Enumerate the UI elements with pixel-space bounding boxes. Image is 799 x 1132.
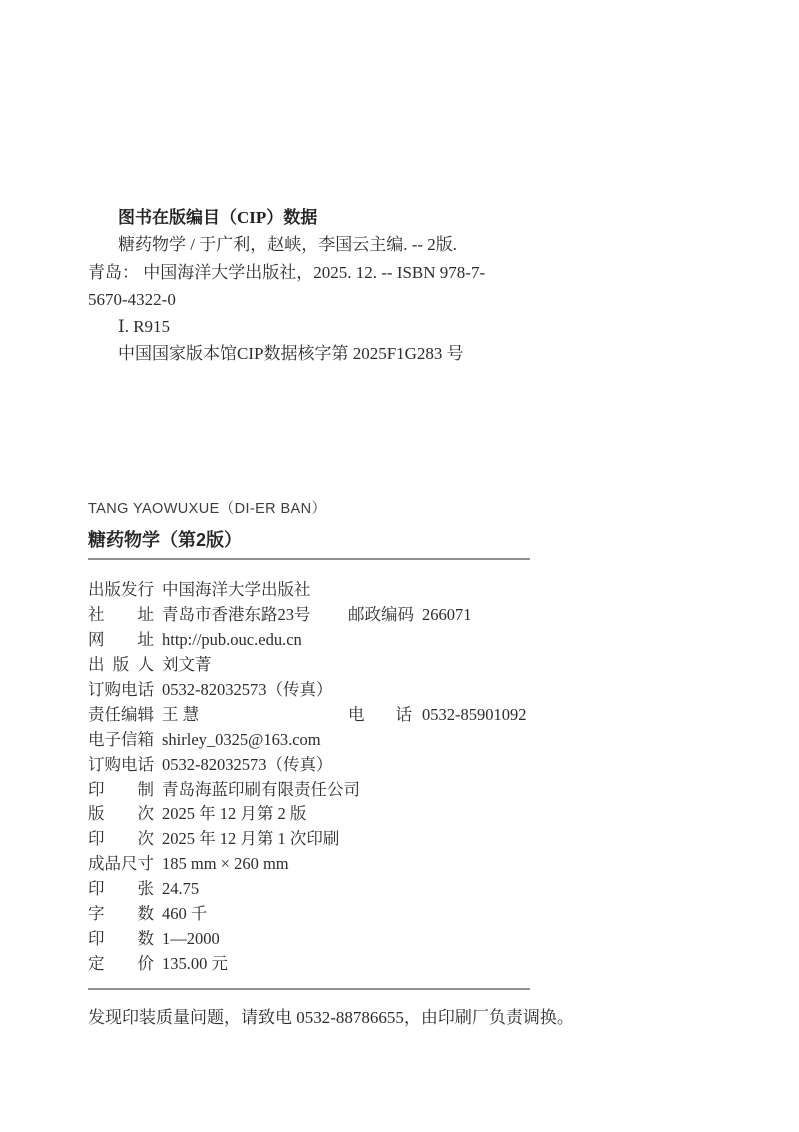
row-value: 王 慧 [162, 705, 199, 724]
row-label: 印制 [88, 778, 154, 803]
row-value: 24.75 [162, 879, 199, 898]
row-value: 1—2000 [162, 929, 220, 948]
cip-heading: 图书在版编目（CIP）数据 [88, 204, 558, 231]
colophon-row: 电子信箱shirley_0325@163.com [88, 728, 548, 753]
colophon-row: 字数460 千 [88, 902, 548, 927]
colophon-row: 定价135.00 元 [88, 952, 548, 977]
row-label: 出版人 [88, 653, 154, 678]
row-label: 电子信箱 [88, 728, 154, 753]
colophon-row: 印制青岛海蓝印刷有限责任公司 [88, 778, 548, 803]
row-label: 版次 [88, 802, 154, 827]
row-value: 2025 年 12 月第 1 次印刷 [162, 829, 339, 848]
row-label: 订购电话 [88, 678, 154, 703]
row-value: 135.00 元 [162, 954, 228, 973]
row-value: 青岛市香港东路23号 [162, 605, 311, 624]
book-title-pinyin: TANG YAOWUXUE（DI-ER BAN） [88, 497, 326, 518]
title-block: TANG YAOWUXUE（DI-ER BAN） 糖药物学（第2版） [88, 497, 326, 552]
printing-notice: 发现印装质量问题，请致电 0532-88786655，由印刷厂负责调换。 [88, 1004, 728, 1031]
cip-line: 中国国家版本馆CIP数据核字第 2025F1G283 号 [88, 340, 558, 367]
colophon-row: 印次2025 年 12 月第 1 次印刷 [88, 827, 548, 852]
colophon-row: 印张24.75 [88, 877, 548, 902]
row-label: 网址 [88, 628, 154, 653]
row-label: 印次 [88, 827, 154, 852]
colophon-row: 出版发行中国海洋大学出版社 [88, 578, 548, 603]
row-label: 责任编辑 [88, 703, 154, 728]
colophon-row: 成品尺寸185 mm × 260 mm [88, 852, 548, 877]
row-label: 字数 [88, 902, 154, 927]
colophon-row: 责任编辑王 慧 电话 0532-85901092 [88, 703, 548, 728]
row-value: 0532-82032573（传真） [162, 680, 333, 699]
row-value: 刘文菁 [162, 655, 212, 674]
row-label: 成品尺寸 [88, 852, 154, 877]
row-label-secondary: 邮政编码 [348, 603, 412, 628]
colophon-table: 出版发行中国海洋大学出版社 社址青岛市香港东路23号 邮政编码 266071 网… [88, 578, 548, 977]
colophon-row: 订购电话0532-82032573（传真） [88, 753, 548, 778]
row-value: 0532-82032573（传真） [162, 755, 333, 774]
cip-block: 图书在版编目（CIP）数据 糖药物学 / 于广利，赵峡，李国云主编. -- 2版… [88, 204, 558, 368]
row-value: 185 mm × 260 mm [162, 854, 289, 873]
divider-top [88, 558, 530, 560]
row-label: 印数 [88, 927, 154, 952]
row-label: 印张 [88, 877, 154, 902]
cip-line: Ⅰ. R915 [88, 313, 558, 340]
row-value: http://pub.ouc.edu.cn [162, 630, 302, 649]
colophon-row: 订购电话0532-82032573（传真） [88, 678, 548, 703]
row-label: 社址 [88, 603, 154, 628]
row-value: 460 千 [162, 904, 207, 923]
book-title-chinese: 糖药物学（第2版） [88, 526, 326, 552]
row-value: 中国海洋大学出版社 [162, 580, 311, 599]
row-label-secondary: 电话 [348, 703, 412, 728]
row-value: 青岛海蓝印刷有限责任公司 [162, 780, 360, 799]
colophon-row: 版次2025 年 12 月第 2 版 [88, 802, 548, 827]
row-value-secondary: 0532-85901092 [422, 703, 527, 728]
row-label: 出版发行 [88, 578, 154, 603]
cip-line: 青岛： 中国海洋大学出版社，2025. 12. -- ISBN 978-7- [88, 259, 558, 286]
colophon-row: 网址http://pub.ouc.edu.cn [88, 628, 548, 653]
cip-line: 糖药物学 / 于广利，赵峡，李国云主编. -- 2版. [88, 231, 558, 258]
colophon-row: 印数1—2000 [88, 927, 548, 952]
row-value: 2025 年 12 月第 2 版 [162, 804, 306, 823]
row-value: shirley_0325@163.com [162, 730, 321, 749]
colophon-row: 社址青岛市香港东路23号 邮政编码 266071 [88, 603, 548, 628]
row-label: 订购电话 [88, 753, 154, 778]
cip-line: 5670-4322-0 [88, 286, 558, 313]
colophon-row: 出版人刘文菁 [88, 653, 548, 678]
row-label: 定价 [88, 952, 154, 977]
row-value-secondary: 266071 [422, 603, 472, 628]
divider-bottom [88, 988, 530, 990]
